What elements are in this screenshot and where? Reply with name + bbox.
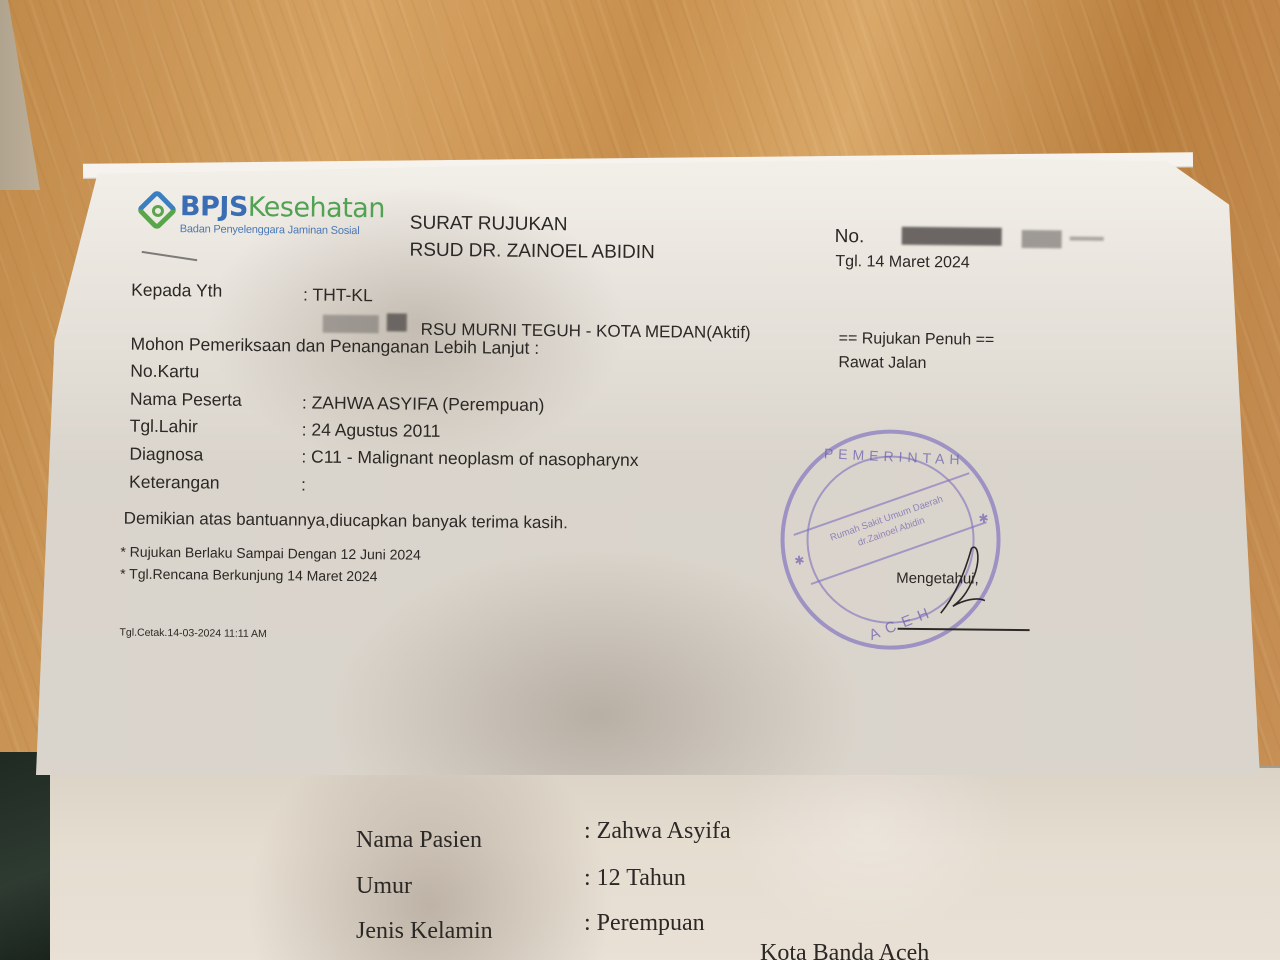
- star-icon: ✱: [794, 553, 806, 568]
- logo-brand: BPJS: [180, 191, 248, 223]
- redacted-text: [323, 315, 379, 334]
- redacted-number: [1070, 236, 1104, 240]
- staple-pin: [142, 251, 198, 261]
- redacted-number: [1022, 230, 1062, 248]
- star-icon: ✱: [978, 511, 990, 526]
- field-label-diagnosa: Diagnosa: [129, 444, 203, 466]
- label-umur: Umur: [356, 873, 412, 900]
- field-value-keterangan: :: [301, 474, 306, 495]
- request-line: Mohon Pemeriksaan dan Penanganan Lebih L…: [130, 334, 539, 359]
- field-value-diagnosa: : C11 - Malignant neoplasm of nasopharyn…: [301, 446, 638, 471]
- label-nama-pasien: Nama Pasien: [356, 827, 482, 854]
- field-label-tgl-lahir: Tgl.Lahir: [130, 416, 198, 438]
- field-label-no-kartu: No.Kartu: [130, 361, 199, 383]
- value-nama-pasien: : Zahwa Asyifa: [584, 818, 731, 845]
- label-jenis-kelamin: Jenis Kelamin: [356, 918, 493, 945]
- logo-tagline: Badan Penyelenggara Jaminan Sosial: [180, 223, 385, 237]
- validity-note: * Rujukan Berlaku Sampai Dengan 12 Juni …: [120, 544, 421, 563]
- field-label-keterangan: Keterangan: [129, 472, 220, 494]
- redacted-text: [387, 313, 407, 331]
- closing-text: Demikian atas bantuannya,diucapkan banya…: [124, 509, 568, 534]
- referral-letter: BPJSKesehatan Badan Penyelenggara Jamina…: [0, 0, 1280, 960]
- print-date: Tgl.Cetak.14-03-2024 11:11 AM: [119, 627, 266, 641]
- referral-type: == Rujukan Penuh == Rawat Jalan: [838, 327, 994, 377]
- cut-off-text: Kota Banda Aceh: [760, 940, 929, 960]
- letter-date: Tgl. 14 Maret 2024: [835, 253, 969, 272]
- title-line-1: SURAT RUJUKAN: [410, 210, 656, 240]
- logo-brand-sub: Kesehatan: [248, 192, 385, 224]
- referral-type-label: == Rujukan Penuh ==: [839, 327, 995, 353]
- care-type-label: Rawat Jalan: [838, 351, 994, 377]
- hospital-name: RSUD DR. ZAINOEL ABIDIN: [409, 237, 655, 267]
- value-jenis-kelamin: : Perempuan: [584, 910, 705, 937]
- value-umur: : 12 Tahun: [584, 865, 686, 892]
- bpjs-emblem-icon: [140, 191, 176, 231]
- visit-plan-note: * Tgl.Rencana Berkunjung 14 Maret 2024: [120, 566, 378, 585]
- field-value-nama-peserta: : ZAHWA ASYIFA (Perempuan): [302, 392, 545, 416]
- stamp-top-text: PEMERINTAH: [824, 445, 965, 467]
- field-label-kepada: Kepada Yth: [131, 280, 222, 302]
- redacted-number: [902, 227, 1002, 246]
- field-value-kepada: : THT-KL: [303, 284, 373, 306]
- field-label-nama-peserta: Nama Peserta: [130, 389, 242, 411]
- signature: [933, 538, 994, 619]
- field-value-tgl-lahir: : 24 Agustus 2011: [302, 419, 441, 441]
- letter-number-label: No.: [835, 226, 865, 248]
- bpjs-logo: BPJSKesehatan Badan Penyelenggara Jamina…: [140, 191, 385, 238]
- letter-title: SURAT RUJUKAN RSUD DR. ZAINOEL ABIDIN: [409, 210, 655, 267]
